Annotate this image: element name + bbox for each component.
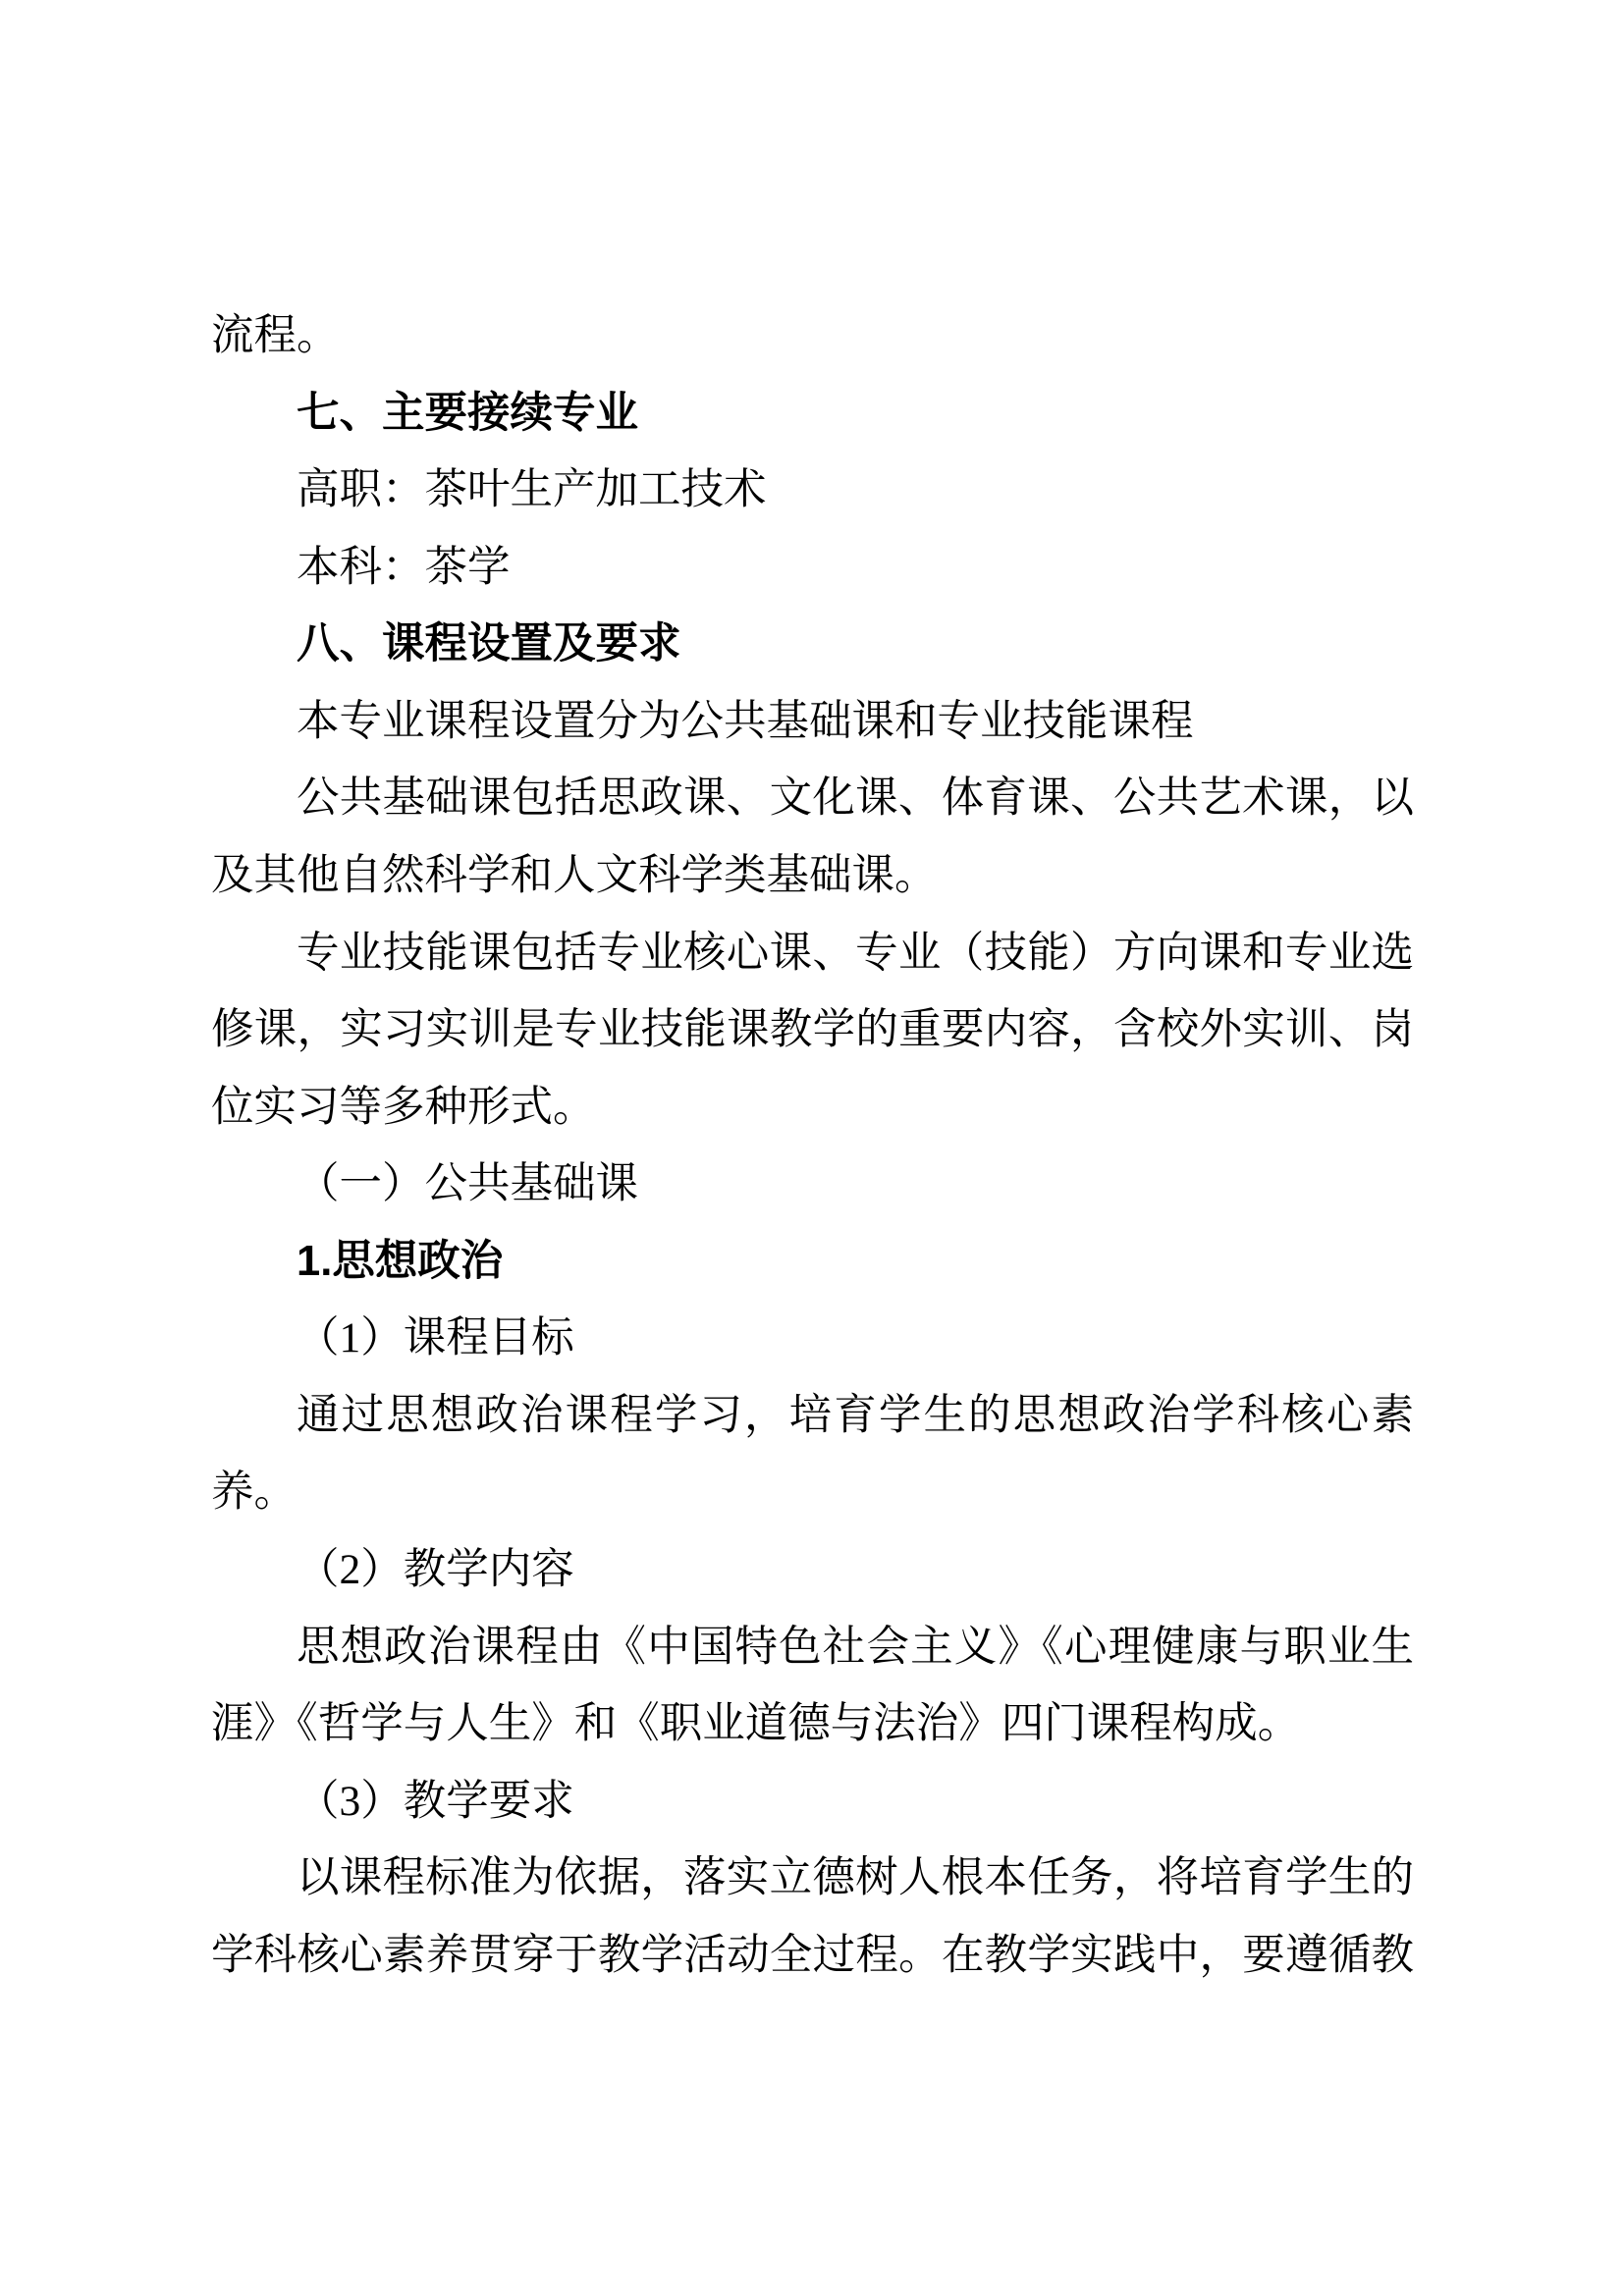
text-line: 专业技能课包括专业核心课、专业（技能）方向课和专业选 [211, 915, 1414, 992]
text-line: 思想政治课程由《中国特色社会主义》《心理健康与职业生 [211, 1609, 1414, 1686]
text-line: 学科核心素养贯穿于教学活动全过程。在教学实践中，要遵循教 [211, 1917, 1414, 1995]
subsection-heading-1: （一）公共基础课 [211, 1146, 1414, 1223]
item-heading-kechengmubiao: （1）课程目标 [211, 1300, 1414, 1377]
text-line-continuation: 流程。 [211, 297, 1414, 375]
document-body: 流程。 七、主要接续专业 高职：茶叶生产加工技术 本科：茶学 八、课程设置及要求… [211, 297, 1414, 1994]
text-line: 养。 [211, 1454, 1414, 1531]
text-line: 通过思想政治课程学习，培育学生的思想政治学科核心素 [211, 1377, 1414, 1455]
item-heading-jiaoxueyaoqiu: （3）教学要求 [211, 1763, 1414, 1841]
text-line: 及其他自然科学和人文科学类基础课。 [211, 837, 1414, 915]
section-heading-7: 七、主要接续专业 [211, 375, 1414, 453]
text-line: 以课程标准为依据，落实立德树人根本任务，将培育学生的 [211, 1840, 1414, 1917]
text-line: 修课，实习实训是专业技能课教学的重要内容，含校外实训、岗 [211, 991, 1414, 1069]
text-line: 公共基础课包括思政课、文化课、体育课、公共艺术课，以 [211, 760, 1414, 837]
text-line-benke: 本科：茶学 [211, 529, 1414, 607]
course-heading-sixiangzhengzhi: 1.思想政治 [211, 1223, 1414, 1301]
text-line-gaozhi: 高职：茶叶生产加工技术 [211, 452, 1414, 529]
document-page: 流程。 七、主要接续专业 高职：茶叶生产加工技术 本科：茶学 八、课程设置及要求… [0, 0, 1624, 2296]
section-heading-8: 八、课程设置及要求 [211, 606, 1414, 683]
item-heading-jiaoxueneirong: （2）教学内容 [211, 1531, 1414, 1609]
text-line: 涯》《哲学与人生》和《职业道德与法治》四门课程构成。 [211, 1685, 1414, 1763]
text-line: 本专业课程设置分为公共基础课和专业技能课程 [211, 683, 1414, 761]
text-line: 位实习等多种形式。 [211, 1069, 1414, 1147]
